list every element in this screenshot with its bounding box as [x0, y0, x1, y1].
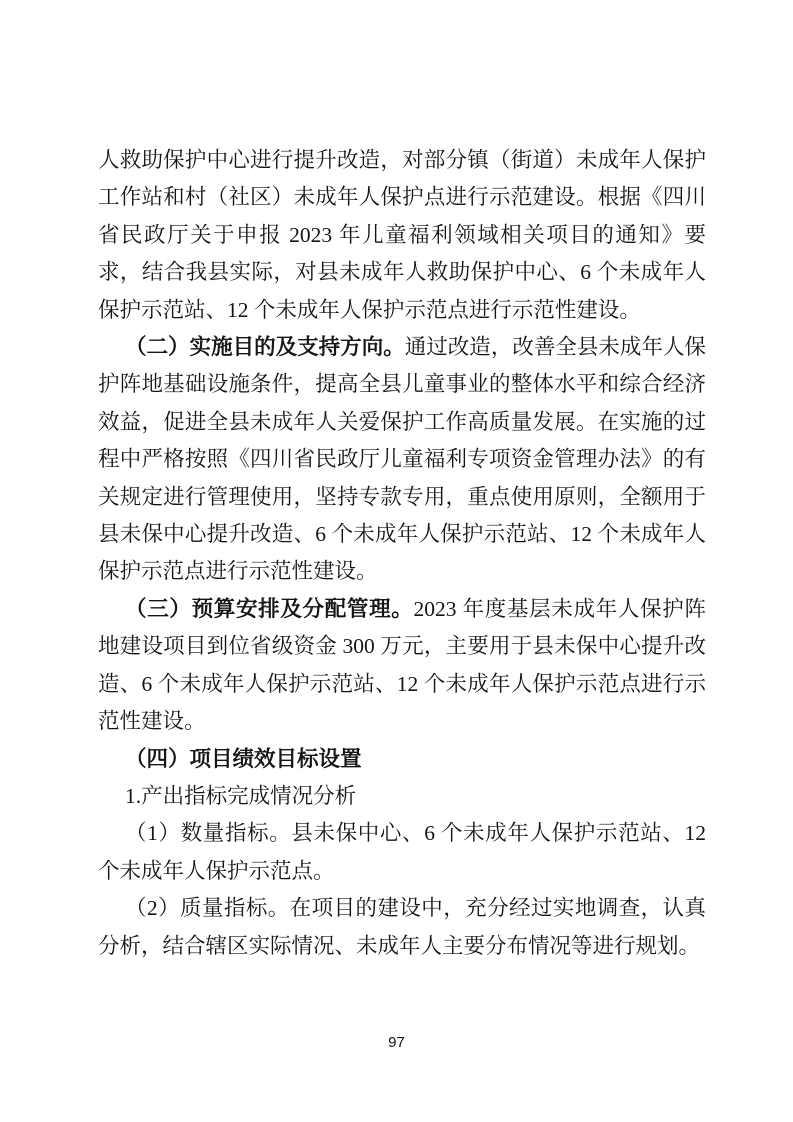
page-number: 97 — [0, 1034, 793, 1051]
paragraph-text: （1）数量指标。县未保中心、6 个未成年人保护示范站、12 个未成年人保护示范点… — [98, 821, 706, 882]
paragraph: 1.产出指标完成情况分析 — [98, 778, 706, 815]
document-page: 人救助保护中心进行提升改造，对部分镇（街道）未成年人保护工作站和村（社区）未成年… — [0, 0, 793, 1122]
paragraph-lead: （四）项目绩效目标设置 — [125, 747, 362, 771]
paragraph-lead: （二）实施目的及支持方向。 — [125, 335, 405, 359]
paragraph: （三）预算安排及分配管理。2023 年度基层未成年人保护阵地建设项目到位省级资金… — [98, 591, 706, 741]
paragraph-text: （2）质量指标。在项目的建设中，充分经过实地调查，认真分析，结合辖区实际情况、未… — [98, 896, 706, 957]
text-block: 人救助保护中心进行提升改造，对部分镇（街道）未成年人保护工作站和村（社区）未成年… — [98, 142, 706, 965]
paragraph-text: 人救助保护中心进行提升改造，对部分镇（街道）未成年人保护工作站和村（社区）未成年… — [98, 148, 706, 322]
paragraph-lead: （三）预算安排及分配管理。 — [125, 597, 414, 621]
paragraph-text: 通过改造，改善全县未成年人保护阵地基础设施条件，提高全县儿童事业的整体水平和综合… — [98, 335, 706, 583]
paragraph-heading: （四）项目绩效目标设置 — [98, 741, 706, 778]
paragraph-text: 1.产出指标完成情况分析 — [125, 784, 356, 808]
paragraph: （二）实施目的及支持方向。通过改造，改善全县未成年人保护阵地基础设施条件，提高全… — [98, 329, 706, 591]
paragraph: （2）质量指标。在项目的建设中，充分经过实地调查，认真分析，结合辖区实际情况、未… — [98, 890, 706, 965]
paragraph: （1）数量指标。县未保中心、6 个未成年人保护示范站、12 个未成年人保护示范点… — [98, 815, 706, 890]
paragraph: 人救助保护中心进行提升改造，对部分镇（街道）未成年人保护工作站和村（社区）未成年… — [98, 142, 706, 329]
